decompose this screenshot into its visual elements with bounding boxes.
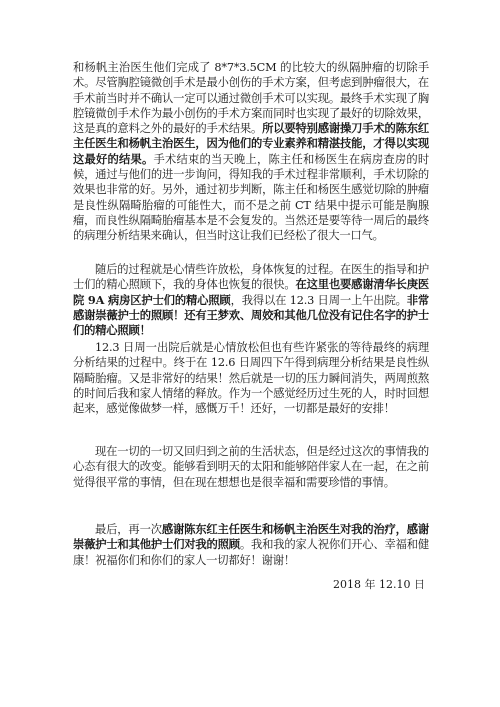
letter-date: 2018 年 12.10 日	[333, 576, 425, 592]
text-segment: 手术结束的当天晚上，陈主任和杨医生在病房查房的时候，通过与他们的进一步询问，得知…	[73, 153, 429, 242]
letter-page: 和杨帆主治医生他们完成了 8*7*3.5CM 的比较大的纵隔肿瘤的切除手术。尽管…	[0, 0, 500, 707]
paragraph-closing-thanks: 最后，再一次感谢陈东红主任医生和杨帆主治医生对我的治疗，感谢崇薇护士和其他护士们…	[73, 522, 429, 568]
text-segment: ，我得以在 12.3 日周一上午出院。	[231, 294, 407, 307]
paragraph-pathology: 12.3 日周一出院后就是心情放松但也有些许紧张的等待最终的病理分析结果的过程中…	[73, 340, 429, 416]
text-segment: 12.3 日周一出院后就是心情放松但也有些许紧张的等待最终的病理分析结果的过程中…	[73, 341, 429, 415]
text-segment: 最后，再一次	[95, 523, 162, 536]
paragraph-surgery: 和杨帆主治医生他们完成了 8*7*3.5CM 的比较大的纵隔肿瘤的切除手术。尽管…	[73, 60, 429, 244]
paragraph-reflection: 现在一切的一切又回归到之前的生活状态，但是经过这次的事情我的心态有很大的改变。能…	[73, 444, 429, 490]
text-segment: 现在一切的一切又回归到之前的生活状态，但是经过这次的事情我的心态有很大的改变。能…	[73, 445, 429, 489]
paragraph-recovery: 随后的过程就是心情些许放松，身体恢复的过程。在医生的指导和护士们的精心照顾下，我…	[73, 262, 429, 338]
